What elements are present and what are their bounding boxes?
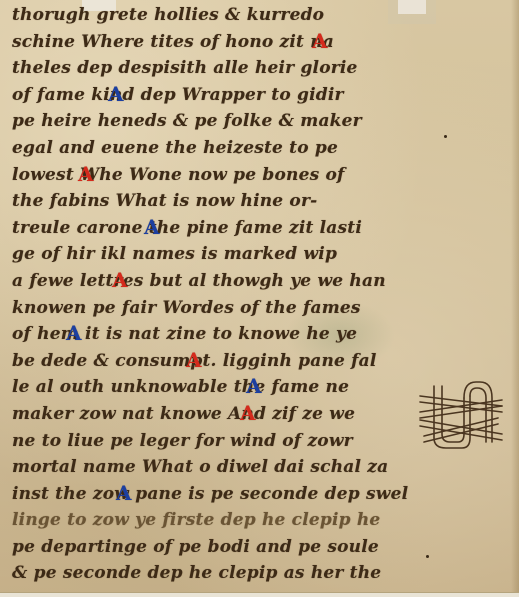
blue-initial-icon: A: [116, 483, 128, 503]
text-line: maker zow nat knowe And zif ze weA: [12, 401, 402, 428]
text-line: & pe seconde dep he clepip as her the: [12, 560, 402, 587]
text-line: pe departinge of pe bodi and pe soule: [12, 534, 402, 561]
text-line: inst the zow pane is pe seconde dep swel…: [12, 481, 402, 508]
text-line: treule carone the pine fame zit lastiA: [12, 215, 402, 242]
text-line: of fame kind dep Wrapper to gidirA: [12, 82, 402, 109]
page-edge-bottom: [0, 592, 519, 597]
red-initial-icon: A: [240, 403, 252, 423]
blue-initial-icon: A: [66, 323, 78, 343]
manuscript-page: thorugh grete hollies & kurredo schine W…: [0, 0, 519, 597]
red-initial-icon: A: [312, 31, 324, 51]
text-line: egal and euene the heizeste to pe: [12, 135, 402, 162]
text-line: the fabins What is now hine or-: [12, 188, 402, 215]
blue-initial-icon: A: [108, 84, 120, 104]
text-line: ne to liue pe leger for wind of zowr: [12, 428, 402, 455]
text-line: ge of hir ikl names is marked wip: [12, 241, 402, 268]
text-line: of hem it is nat zine to knowe he yeA: [12, 321, 402, 348]
text-line: be dede & consumpt. ligginh pane falA: [12, 348, 402, 375]
knot-monogram-icon: [414, 378, 504, 453]
text-line: linge to zow ye firste dep he clepip he: [12, 507, 402, 534]
blue-initial-icon: A: [246, 376, 258, 396]
text-line: thorugh grete hollies & kurredo: [12, 2, 402, 29]
text-line: knowen pe fair Wordes of the fames: [12, 295, 402, 322]
red-initial-icon: A: [112, 270, 124, 290]
ink-speck: [444, 135, 447, 138]
text-line: lowest Whe Wone now pe bones ofA: [12, 162, 402, 189]
text-line: mortal name What o diwel dai schal za: [12, 454, 402, 481]
manuscript-text-block: thorugh grete hollies & kurredo schine W…: [12, 2, 402, 587]
paper-repair-patch: [398, 0, 426, 14]
text-line: a fewe lettres but al thowgh ye we hanA: [12, 268, 402, 295]
red-initial-icon: A: [186, 350, 198, 370]
blue-initial-icon: A: [144, 217, 156, 237]
text-line: theles dep despisith alle heir glorie: [12, 55, 402, 82]
text-line: schine Where tites of hono zit naA: [12, 29, 402, 56]
ink-speck: [426, 555, 429, 558]
page-edge-right: [511, 0, 519, 597]
text-line: le al outh unknowable the fame neA: [12, 374, 402, 401]
red-initial-icon: A: [78, 164, 90, 184]
text-line: pe heire heneds & pe folke & maker: [12, 108, 402, 135]
